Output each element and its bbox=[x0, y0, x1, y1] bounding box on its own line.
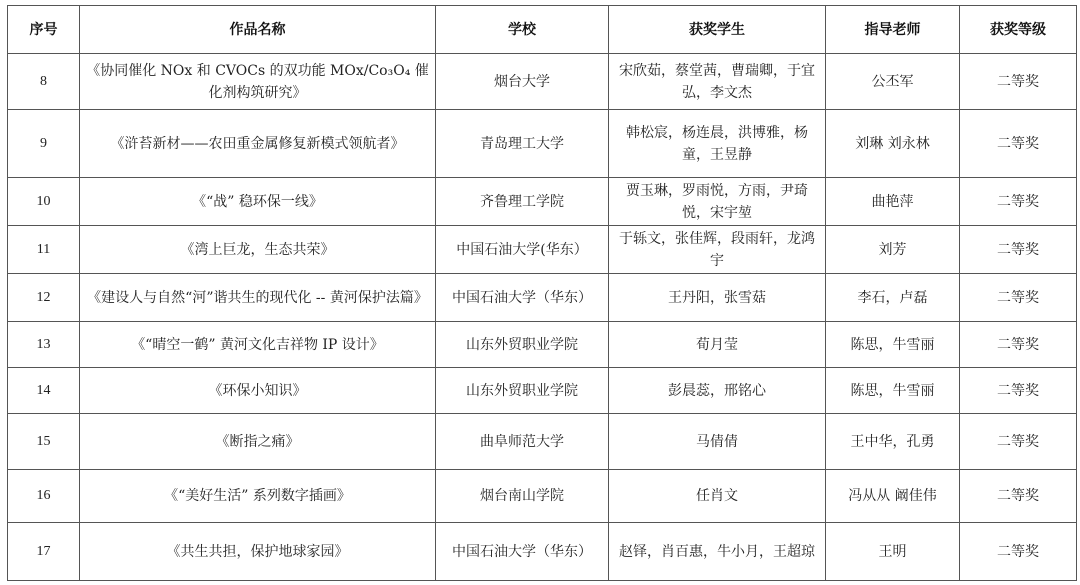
work-title: 《“美好生活” 系列数字插画》 bbox=[80, 470, 436, 523]
work-title: 《湾上巨龙，生态共荣》 bbox=[80, 226, 436, 274]
serial-no: 11 bbox=[8, 226, 80, 274]
advisor: 王明 bbox=[826, 523, 960, 581]
advisor: 陈思，牛雪丽 bbox=[826, 322, 960, 368]
award-grade: 二等奖 bbox=[960, 523, 1077, 581]
students: 韩松宸，杨连晨，洪博雅，杨童，王昱静 bbox=[609, 110, 826, 178]
school: 青岛理工大学 bbox=[436, 110, 609, 178]
school: 烟台大学 bbox=[436, 54, 609, 110]
award-grade: 二等奖 bbox=[960, 368, 1077, 414]
work-title: 《环保小知识》 bbox=[80, 368, 436, 414]
header-school: 学校 bbox=[436, 6, 609, 54]
award-grade: 二等奖 bbox=[960, 470, 1077, 523]
table-row: 13 《“晴空一鹤” 黄河文化吉祥物 IP 设计》 山东外贸职业学院 荀月莹 陈… bbox=[8, 322, 1077, 368]
header-students: 获奖学生 bbox=[609, 6, 826, 54]
header-serial-no: 序号 bbox=[8, 6, 80, 54]
serial-no: 12 bbox=[8, 274, 80, 322]
advisor: 公丕军 bbox=[826, 54, 960, 110]
table-row: 12 《建设人与自然“河”谐共生的现代化 -- 黄河保护法篇》 中国石油大学（华… bbox=[8, 274, 1077, 322]
header-award-grade: 获奖等级 bbox=[960, 6, 1077, 54]
serial-no: 13 bbox=[8, 322, 80, 368]
table-row: 9 《浒苔新材——农田重金属修复新模式领航者》 青岛理工大学 韩松宸，杨连晨，洪… bbox=[8, 110, 1077, 178]
students: 于轹文，张佳辉，段雨轩，龙鸿宇 bbox=[609, 226, 826, 274]
award-grade: 二等奖 bbox=[960, 414, 1077, 470]
students: 宋欣茹，蔡堂茜，曹瑞卿，于宜弘，李文杰 bbox=[609, 54, 826, 110]
table-row: 11 《湾上巨龙，生态共荣》 中国石油大学(华东） 于轹文，张佳辉，段雨轩，龙鸿… bbox=[8, 226, 1077, 274]
work-title: 《断指之痛》 bbox=[80, 414, 436, 470]
school: 山东外贸职业学院 bbox=[436, 322, 609, 368]
students: 贾玉琳，罗雨悦，方雨，尹琦悦，宋宇堃 bbox=[609, 178, 826, 226]
students: 赵铎，肖百惠，牛小月，王超琼 bbox=[609, 523, 826, 581]
table-row: 10 《“战” 稳环保一线》 齐鲁理工学院 贾玉琳，罗雨悦，方雨，尹琦悦，宋宇堃… bbox=[8, 178, 1077, 226]
students: 彭晨蕊，邢铭心 bbox=[609, 368, 826, 414]
advisor: 冯从从 阚佳伟 bbox=[826, 470, 960, 523]
serial-no: 15 bbox=[8, 414, 80, 470]
serial-no: 16 bbox=[8, 470, 80, 523]
table-row: 8 《协同催化 NOx 和 CVOCs 的双功能 MOx/Co₃O₄ 催化剂构筑… bbox=[8, 54, 1077, 110]
awards-table: 序号 作品名称 学校 获奖学生 指导老师 获奖等级 8 《协同催化 NOx 和 … bbox=[7, 5, 1077, 581]
work-title: 《浒苔新材——农田重金属修复新模式领航者》 bbox=[80, 110, 436, 178]
advisor: 刘芳 bbox=[826, 226, 960, 274]
advisor: 曲艳萍 bbox=[826, 178, 960, 226]
serial-no: 8 bbox=[8, 54, 80, 110]
school: 中国石油大学（华东） bbox=[436, 274, 609, 322]
work-title: 《“晴空一鹤” 黄河文化吉祥物 IP 设计》 bbox=[80, 322, 436, 368]
school: 曲阜师范大学 bbox=[436, 414, 609, 470]
students: 马倩倩 bbox=[609, 414, 826, 470]
table-row: 15 《断指之痛》 曲阜师范大学 马倩倩 王中华，孔勇 二等奖 bbox=[8, 414, 1077, 470]
students: 任肖文 bbox=[609, 470, 826, 523]
school: 山东外贸职业学院 bbox=[436, 368, 609, 414]
serial-no: 14 bbox=[8, 368, 80, 414]
school: 中国石油大学(华东） bbox=[436, 226, 609, 274]
advisor: 王中华，孔勇 bbox=[826, 414, 960, 470]
header-work-title: 作品名称 bbox=[80, 6, 436, 54]
table-row: 17 《共生共担，保护地球家园》 中国石油大学（华东） 赵铎，肖百惠，牛小月，王… bbox=[8, 523, 1077, 581]
advisor: 李石，卢磊 bbox=[826, 274, 960, 322]
work-title: 《建设人与自然“河”谐共生的现代化 -- 黄河保护法篇》 bbox=[80, 274, 436, 322]
award-grade: 二等奖 bbox=[960, 54, 1077, 110]
students: 荀月莹 bbox=[609, 322, 826, 368]
school: 齐鲁理工学院 bbox=[436, 178, 609, 226]
table-row: 16 《“美好生活” 系列数字插画》 烟台南山学院 任肖文 冯从从 阚佳伟 二等… bbox=[8, 470, 1077, 523]
work-title: 《协同催化 NOx 和 CVOCs 的双功能 MOx/Co₃O₄ 催化剂构筑研究… bbox=[80, 54, 436, 110]
serial-no: 10 bbox=[8, 178, 80, 226]
serial-no: 9 bbox=[8, 110, 80, 178]
award-grade: 二等奖 bbox=[960, 322, 1077, 368]
school: 中国石油大学（华东） bbox=[436, 523, 609, 581]
header-advisor: 指导老师 bbox=[826, 6, 960, 54]
award-grade: 二等奖 bbox=[960, 226, 1077, 274]
award-grade: 二等奖 bbox=[960, 274, 1077, 322]
work-title: 《共生共担，保护地球家园》 bbox=[80, 523, 436, 581]
students: 王丹阳，张雪菇 bbox=[609, 274, 826, 322]
advisor: 陈思，牛雪丽 bbox=[826, 368, 960, 414]
advisor: 刘琳 刘永林 bbox=[826, 110, 960, 178]
serial-no: 17 bbox=[8, 523, 80, 581]
award-grade: 二等奖 bbox=[960, 178, 1077, 226]
award-grade: 二等奖 bbox=[960, 110, 1077, 178]
school: 烟台南山学院 bbox=[436, 470, 609, 523]
work-title: 《“战” 稳环保一线》 bbox=[80, 178, 436, 226]
header-row: 序号 作品名称 学校 获奖学生 指导老师 获奖等级 bbox=[8, 6, 1077, 54]
table-row: 14 《环保小知识》 山东外贸职业学院 彭晨蕊，邢铭心 陈思，牛雪丽 二等奖 bbox=[8, 368, 1077, 414]
